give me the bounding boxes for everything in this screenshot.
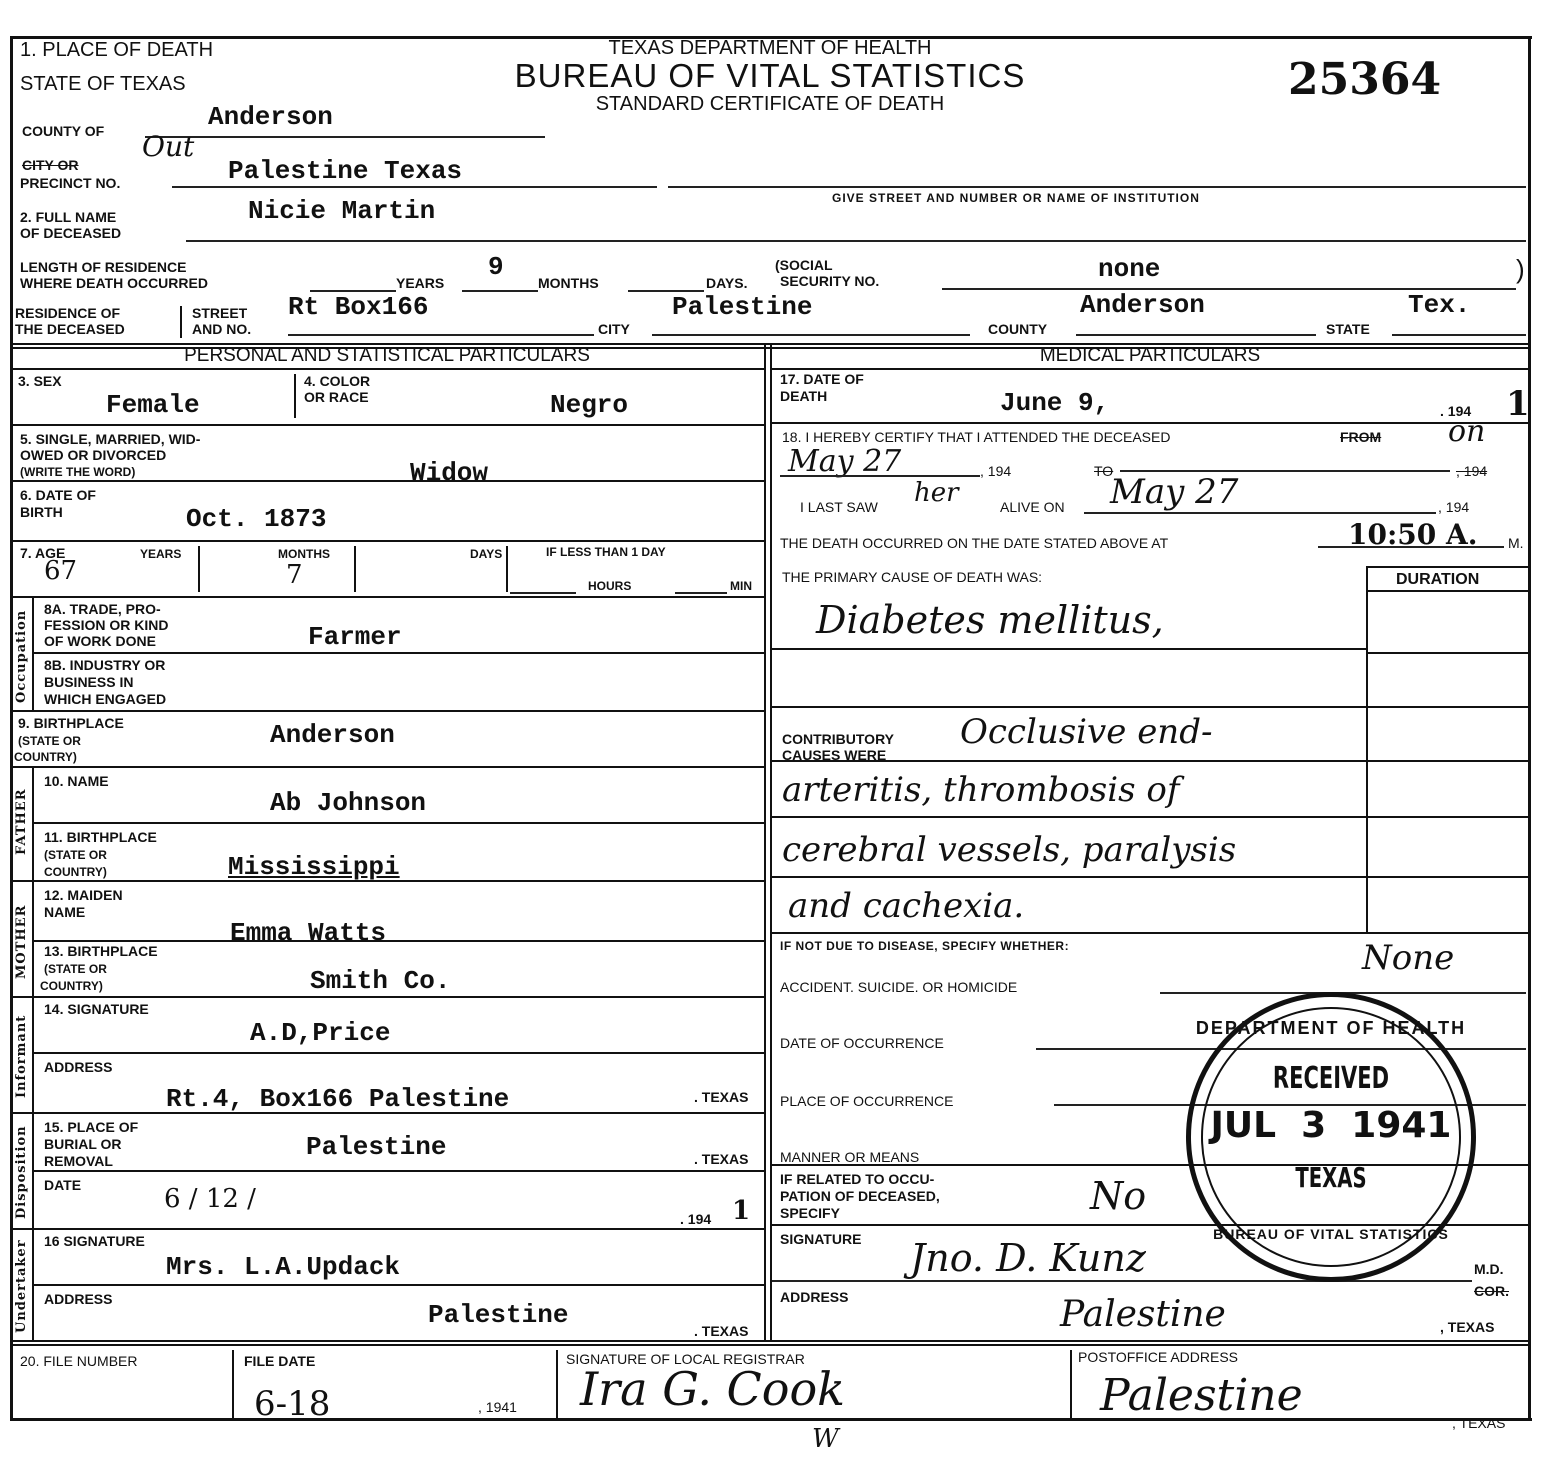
- rule: [10, 540, 764, 542]
- city-underline: [652, 334, 970, 336]
- state-label: STATE: [1326, 322, 1370, 337]
- burial-year-digit: 1: [732, 1196, 750, 1226]
- days-label: DAYS.: [706, 276, 748, 291]
- father-birthplace-label-2: (STATE OR: [44, 849, 107, 862]
- rule: [34, 1284, 764, 1286]
- hours-underline: [510, 592, 576, 594]
- residence-state: Tex.: [1408, 290, 1470, 320]
- dob-value: Oct. 1873: [186, 504, 326, 534]
- min-label: MIN: [730, 580, 752, 593]
- trade-value: Farmer: [308, 622, 402, 652]
- rule: [10, 880, 764, 882]
- burial-label-2: BURIAL OR: [44, 1137, 122, 1152]
- hours-label: HOURS: [588, 580, 631, 593]
- last-saw-pronoun-handwritten: her: [914, 478, 959, 508]
- marital-label-1: 5. SINGLE, MARRIED, WID-: [20, 432, 200, 447]
- rule: [34, 1170, 764, 1172]
- not-disease-handwritten: None: [1362, 938, 1454, 978]
- rule: [1366, 760, 1528, 762]
- certify-text: 18. I HEREBY CERTIFY THAT I ATTENDED THE…: [782, 430, 1170, 445]
- years-label: YEARS: [396, 276, 444, 291]
- death-time-suffix: M.: [1508, 536, 1524, 551]
- residence-label-2: THE DECEASED: [15, 322, 125, 337]
- rule: [34, 940, 764, 942]
- rule: [10, 1112, 764, 1114]
- death-time: 10:50 A.: [1348, 518, 1478, 551]
- institution-underline: [668, 186, 1526, 188]
- precinct-value: Palestine Texas: [228, 156, 462, 186]
- occupation-related-label-3: SPECIFY: [780, 1206, 840, 1221]
- rule: [772, 932, 1528, 934]
- burial-date: 6 / 12 /: [164, 1184, 256, 1214]
- registrar-initial-handwritten: W: [812, 1424, 839, 1454]
- father-birthplace-label-1: 11. BIRTHPLACE: [44, 830, 157, 845]
- rule: [1366, 816, 1528, 818]
- postoffice-texas: , TEXAS: [1452, 1416, 1505, 1431]
- occupation-related-handwritten: No: [1090, 1174, 1146, 1218]
- birthplace-label-3: COUNTRY): [14, 751, 77, 764]
- burial-year-prefix: . 194: [680, 1212, 711, 1227]
- file-year: , 1941: [478, 1400, 517, 1415]
- residence-divider: [180, 306, 182, 338]
- physician-signature-label: SIGNATURE: [780, 1232, 861, 1247]
- personal-section-title: PERSONAL AND STATISTICAL PARTICULARS: [10, 346, 764, 366]
- department-title: TEXAS DEPARTMENT OF HEALTH: [440, 38, 1100, 59]
- rule: [10, 766, 764, 768]
- rule: [10, 1228, 764, 1230]
- residence-street: Rt Box166: [288, 292, 428, 322]
- marital-label-2: OWED OR DIVORCED: [20, 448, 166, 463]
- contributory-line-4: and cachexia.: [788, 886, 1024, 926]
- residence-label-1: RESIDENCE OF: [15, 306, 120, 321]
- medical-section-title: MEDICAL PARTICULARS: [772, 346, 1528, 366]
- bureau-title: BUREAU OF VITAL STATISTICS: [440, 59, 1100, 94]
- duration-header-rule: [1366, 590, 1528, 592]
- informant-name: A.D,Price: [250, 1018, 390, 1048]
- alive-on-underline: [1084, 512, 1436, 514]
- rule: [772, 422, 1528, 424]
- informant-signature-label: 14. SIGNATURE: [44, 1002, 149, 1017]
- certify-on-handwritten: on: [1448, 414, 1485, 449]
- physician-texas: , TEXAS: [1440, 1320, 1494, 1335]
- center-divider-2: [770, 345, 772, 1340]
- footer-divider-1: [232, 1350, 234, 1418]
- county-of-label: COUNTY OF: [22, 124, 104, 139]
- city-handwritten: Out: [142, 130, 194, 163]
- form-title: TEXAS DEPARTMENT OF HEALTH BUREAU OF VIT…: [440, 38, 1100, 115]
- mother-name: Emma Watts: [230, 918, 386, 948]
- rule: [10, 368, 764, 370]
- father-side-divider: [32, 768, 34, 880]
- undertaker-signature-label: 16 SIGNATURE: [44, 1234, 145, 1249]
- undertaker-side-label: Undertaker: [14, 1234, 29, 1338]
- undertaker-texas: . TEXAS: [694, 1324, 748, 1339]
- county-res-underline: [1076, 334, 1316, 336]
- occupation-related-label-2: PATION OF DECEASED,: [780, 1189, 940, 1204]
- contributory-line-1: Occlusive end-: [960, 712, 1212, 752]
- physician-address-handwritten: Palestine: [1060, 1294, 1226, 1335]
- residence-length-label-2: WHERE DEATH OCCURRED: [20, 276, 208, 291]
- primary-cause-handwritten: Diabetes mellitus,: [816, 598, 1164, 642]
- rule: [772, 760, 1366, 762]
- duration-top-rule: [1366, 566, 1528, 568]
- to-year: , 194: [1456, 464, 1487, 479]
- rule: [10, 424, 764, 426]
- trade-label-1: 8A. TRADE, PRO-: [44, 602, 161, 617]
- duration-label: DURATION: [1396, 572, 1479, 589]
- birthplace-label-1: 9. BIRTHPLACE: [18, 716, 124, 731]
- state-underline: [1392, 334, 1526, 336]
- stamp-ring-bottom: BUREAU OF VITAL STATISTICS: [1191, 1227, 1471, 1242]
- dod-year-digit: 1: [1506, 384, 1530, 424]
- registrar-signature-handwritten: Ira G. Cook: [580, 1362, 845, 1416]
- county-underline: [145, 136, 545, 138]
- file-number-label: 20. FILE NUMBER: [20, 1354, 137, 1369]
- full-name-label-2: OF DECEASED: [20, 226, 121, 241]
- footer-divider-3: [1070, 1350, 1072, 1418]
- informant-address-label: ADDRESS: [44, 1060, 112, 1075]
- mother-birthplace-label-2: (STATE OR: [44, 963, 107, 976]
- manner-label: MANNER OR MEANS: [780, 1150, 919, 1165]
- burial-label-1: 15. PLACE OF: [44, 1120, 138, 1135]
- mother-name-label-2: NAME: [44, 905, 85, 920]
- sex-race-divider: [294, 374, 296, 418]
- burial-label-3: REMOVAL: [44, 1154, 113, 1169]
- precinct-label: PRECINCT NO.: [20, 176, 120, 191]
- min-underline: [675, 592, 727, 594]
- age-months: 7: [286, 560, 303, 590]
- disposition-side-label: Disposition: [14, 1118, 29, 1226]
- burial-date-label: DATE: [44, 1178, 81, 1193]
- ssn-label-1: (SOCIAL: [775, 258, 833, 273]
- rule: [772, 368, 1528, 370]
- rule: [1366, 876, 1528, 878]
- full-name-label-1: 2. FULL NAME: [20, 210, 116, 225]
- mother-name-label-1: 12. MAIDEN: [44, 888, 123, 903]
- age-divider-2: [354, 546, 356, 592]
- trade-label-3: OF WORK DONE: [44, 634, 156, 649]
- occupation-side-label: Occupation: [14, 604, 29, 708]
- birthplace-value: Anderson: [270, 720, 395, 750]
- sex-label: 3. SEX: [18, 374, 62, 389]
- informant-side-label: Informant: [14, 1002, 29, 1110]
- age-days-label: DAYS: [470, 548, 502, 561]
- primary-cause-label: THE PRIMARY CAUSE OF DEATH WAS:: [782, 570, 1042, 585]
- dod-label-1: 17. DATE OF: [780, 372, 864, 387]
- industry-label-3: WHICH ENGAGED: [44, 692, 166, 707]
- city-label: CITY: [598, 322, 630, 337]
- less-than-day-label: IF LESS THAN 1 DAY: [546, 546, 666, 559]
- rule: [10, 480, 764, 482]
- rule: [34, 1052, 764, 1054]
- ssn-close-paren: ): [1516, 254, 1525, 285]
- certificate-subtitle: STANDARD CERTIFICATE OF DEATH: [440, 94, 1100, 115]
- burial-texas: . TEXAS: [694, 1152, 748, 1167]
- postoffice-label: POSTOFFICE ADDRESS: [1078, 1350, 1238, 1365]
- mother-birthplace-label-1: 13. BIRTHPLACE: [44, 944, 158, 959]
- sex-value: Female: [106, 390, 200, 420]
- occupation-related-label-1: IF RELATED TO OCCU-: [780, 1172, 934, 1187]
- accident-label: ACCIDENT. SUICIDE. OR HOMICIDE: [780, 980, 1017, 995]
- coroner-label-struck: COR.: [1474, 1284, 1509, 1299]
- residence-length-label-1: LENGTH OF RESIDENCE: [20, 260, 186, 275]
- mother-side-label: MOTHER: [14, 886, 29, 998]
- street-label-1: STREET: [192, 306, 247, 321]
- father-name-label: 10. NAME: [44, 774, 109, 789]
- age-months-label: MONTHS: [278, 548, 330, 561]
- occupation-side-divider: [32, 598, 34, 712]
- residence-years: 9: [488, 252, 504, 282]
- birthplace-label-2: (STATE OR: [18, 735, 81, 748]
- race-label-2: OR RACE: [304, 390, 369, 405]
- file-date-handwritten: 6-18: [254, 1384, 330, 1424]
- deceased-name: Nicie Martin: [248, 196, 435, 226]
- place-occurrence-label: PLACE OF OCCURRENCE: [780, 1094, 953, 1109]
- footer-divider-2: [556, 1350, 558, 1418]
- age-divider-1: [198, 546, 200, 592]
- last-saw-label: I LAST SAW: [800, 500, 878, 515]
- dob-label-1: 6. DATE OF: [20, 488, 96, 503]
- md-label: M.D.: [1474, 1262, 1504, 1277]
- stamp-received: RECEIVED: [1233, 1063, 1429, 1095]
- trade-label-2: FESSION OR KIND: [44, 618, 168, 633]
- attended-date-handwritten: May 27: [788, 444, 901, 479]
- mother-birthplace: Smith Co.: [310, 966, 450, 996]
- place-of-death-label: 1. PLACE OF DEATH: [20, 40, 213, 61]
- father-side-label: FATHER: [14, 772, 29, 872]
- informant-side-divider: [32, 998, 34, 1112]
- marital-label-3: (WRITE THE WORD): [20, 466, 135, 479]
- state-of-texas-label: STATE OF TEXAS: [20, 74, 186, 95]
- race-value: Negro: [550, 390, 628, 420]
- file-date-label: FILE DATE: [244, 1354, 315, 1369]
- precinct-underline: [172, 186, 657, 188]
- months-underline: [462, 290, 538, 292]
- stamp-state: TEXAS: [1233, 1163, 1429, 1192]
- age-years: 67: [44, 556, 77, 586]
- physician-signature-handwritten: Jno. D. Kunz: [910, 1236, 1146, 1280]
- county-value: Anderson: [208, 102, 333, 132]
- frame-left: [10, 36, 13, 1421]
- undertaker-address: Palestine: [428, 1300, 568, 1330]
- frame-right: [1528, 36, 1531, 1421]
- months-label: MONTHS: [538, 276, 599, 291]
- death-time-label: THE DEATH OCCURRED ON THE DATE STATED AB…: [780, 536, 1168, 551]
- alive-on-label: ALIVE ON: [1000, 500, 1065, 515]
- father-name: Ab Johnson: [270, 788, 426, 818]
- informant-address: Rt.4, Box166 Palestine: [166, 1084, 509, 1114]
- burial-place: Palestine: [306, 1132, 446, 1162]
- dob-label-2: BIRTH: [20, 505, 63, 520]
- residence-county: Anderson: [1080, 290, 1205, 320]
- ssn-label-2: SECURITY NO.: [780, 274, 879, 289]
- undertaker-name: Mrs. L.A.Updack: [166, 1252, 400, 1282]
- rule: [772, 706, 1528, 708]
- certificate-number: 25364: [1288, 54, 1441, 105]
- contributory-label-1: CONTRIBUTORY: [782, 732, 894, 747]
- stamp-date: JUL 3 1941: [1191, 1107, 1471, 1145]
- last-saw-date-handwritten: May 27: [1110, 472, 1238, 512]
- father-birthplace-label-3: COUNTRY): [44, 866, 107, 879]
- race-label-1: 4. COLOR: [304, 374, 370, 389]
- rule: [772, 876, 1366, 878]
- physician-address-label: ADDRESS: [780, 1290, 848, 1305]
- undertaker-address-label: ADDRESS: [44, 1292, 112, 1307]
- rule: [10, 710, 764, 712]
- rule: [1366, 652, 1528, 654]
- rule: [34, 822, 764, 824]
- attended-underline: [780, 475, 980, 477]
- contributory-line-3: cerebral vessels, paralysis: [782, 830, 1236, 870]
- received-stamp: DEPARTMENT OF HEALTH RECEIVED JUL 3 1941…: [1186, 992, 1476, 1282]
- footer-top-rule: [10, 1340, 1530, 1342]
- stamp-ring-top: DEPARTMENT OF HEALTH: [1191, 1019, 1471, 1038]
- center-divider: [764, 345, 766, 1340]
- physician-signature-underline: [772, 1280, 1472, 1282]
- street-label-2: AND NO.: [192, 322, 251, 337]
- ssn-value: none: [1098, 254, 1160, 284]
- date-of-death: June 9,: [1000, 388, 1109, 418]
- institution-label: GIVE STREET AND NUMBER OR NAME OF INSTIT…: [832, 192, 1200, 205]
- last-saw-year: , 194: [1438, 500, 1469, 515]
- rule: [34, 652, 764, 654]
- contributory-line-2: arteritis, thrombosis of: [782, 770, 1179, 810]
- street-underline: [288, 334, 594, 336]
- city-or-label-struck: CITY OR: [22, 158, 79, 173]
- postoffice-handwritten: Palestine: [1100, 1370, 1303, 1421]
- industry-label-1: 8B. INDUSTRY OR: [44, 658, 165, 673]
- dod-label-2: DEATH: [780, 389, 827, 404]
- rule: [772, 648, 1366, 650]
- rule: [772, 816, 1366, 818]
- residence-city: Palestine: [672, 292, 812, 322]
- rule: [10, 596, 764, 598]
- mother-birthplace-label-3: COUNTRY): [40, 980, 103, 993]
- date-occurrence-label: DATE OF OCCURRENCE: [780, 1036, 944, 1051]
- informant-texas: . TEXAS: [694, 1090, 748, 1105]
- name-underline: [186, 240, 1526, 242]
- attended-year: , 194: [980, 464, 1011, 479]
- footer-top-rule-2: [10, 1344, 1530, 1346]
- father-birthplace: Mississippi: [228, 852, 400, 882]
- age-years-label: YEARS: [140, 548, 181, 561]
- county-label: COUNTY: [988, 322, 1047, 337]
- not-disease-label: IF NOT DUE TO DISEASE, SPECIFY WHETHER:: [780, 940, 1069, 953]
- industry-label-2: BUSINESS IN: [44, 675, 133, 690]
- rule: [10, 996, 764, 998]
- certify-from-struck: FROM: [1340, 430, 1381, 445]
- age-divider-3: [506, 546, 508, 592]
- frame-bottom: [10, 1418, 1532, 1421]
- marital-value: Widow: [410, 458, 488, 488]
